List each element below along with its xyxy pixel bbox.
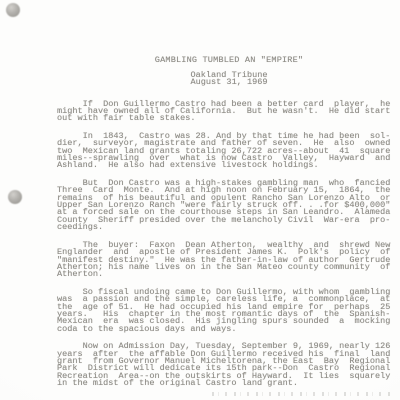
paragraph-6: Now on Admission Day, Tuesday, September… xyxy=(57,343,395,387)
byline-date: August 31, 1969 xyxy=(60,79,398,86)
cutoff-text-line xyxy=(212,392,392,396)
document-body: GAMBLING TUMBLED AN "EMPIRE" Oakland Tri… xyxy=(57,57,395,398)
paragraph-4: The buyer: Faxon Dean Atherton, wealthy … xyxy=(57,242,395,279)
punch-hole-top xyxy=(6,3,20,17)
document-title: GAMBLING TUMBLED AN "EMPIRE" xyxy=(60,57,398,64)
paragraph-5: So fiscal undoing came to Don Guillermo,… xyxy=(57,289,395,333)
paragraph-2: In 1843, Castro was 28. And by that time… xyxy=(57,133,395,170)
paragraph-3: But Don Castro was a high-stakes gamblin… xyxy=(57,180,395,232)
paragraphs: If Don Guillermo Castro had been a bette… xyxy=(57,101,395,388)
scanned-page: GAMBLING TUMBLED AN "EMPIRE" Oakland Tri… xyxy=(0,0,400,400)
document-header: GAMBLING TUMBLED AN "EMPIRE" Oakland Tri… xyxy=(60,57,398,87)
paragraph-1: If Don Guillermo Castro had been a bette… xyxy=(57,101,395,123)
punch-hole-middle xyxy=(8,190,22,204)
